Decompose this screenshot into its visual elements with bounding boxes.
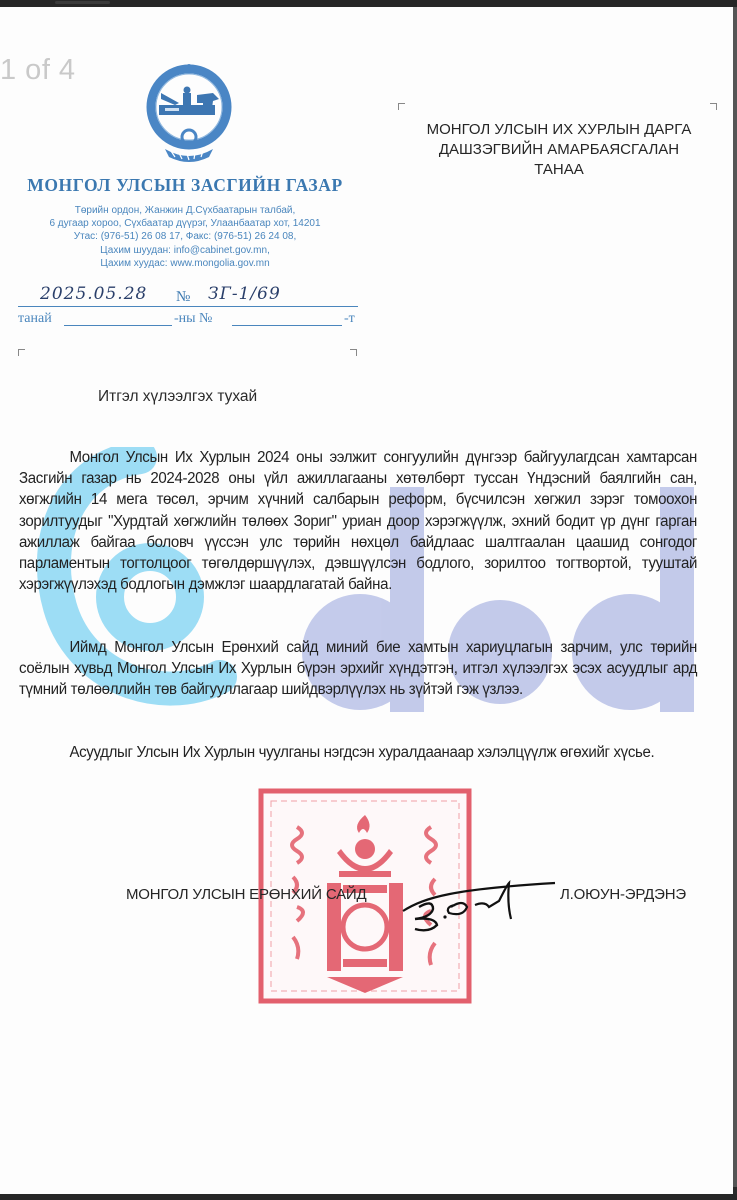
address-corner-mark	[350, 349, 357, 356]
letter-subject: Итгэл хүлээлгэх тухай	[98, 388, 257, 406]
document-page: 1 of 4 МОНГОЛ УЛСЫН ЗАСГИЙН ГАЗАР Төрийн…	[0, 7, 733, 1194]
ref-prefix: танай	[18, 311, 52, 327]
drag-handle[interactable]	[55, 1, 110, 4]
signatory-title: МОНГОЛ УЛСЫН ЕРӨНХИЙ САЙД	[126, 886, 366, 903]
paragraph-text: Иймд Монгол Улсын Ерөнхий сайд миний бие…	[19, 639, 697, 698]
viewer-bottom-bar	[0, 1194, 737, 1200]
organization-name: МОНГОЛ УЛСЫН ЗАСГИЙН ГАЗАР	[0, 175, 370, 196]
address-line: Утас: (976-51) 26 08 17, Факс: (976-51) …	[0, 230, 370, 243]
letter-number: ЗГ-1/69	[208, 284, 281, 304]
mongolia-state-emblem-icon	[139, 59, 239, 169]
address-line: Цахим шуудан: info@cabinet.gov.mn,	[0, 244, 370, 257]
signatory-name: Л.ОЮУН-ЭРДЭНЭ	[560, 886, 686, 903]
organization-address: Төрийн ордон, Жанжин Д.Сүхбаатарын талба…	[0, 204, 370, 270]
number-symbol: №	[176, 289, 190, 306]
page-indicator: 1 of 4	[0, 54, 76, 87]
ref-suffix: -т	[344, 311, 355, 327]
letter-date: 2025.05.28	[40, 284, 147, 304]
handwritten-signature-icon	[395, 867, 560, 937]
date-number-line: 2025.05.28 № ЗГ-1/69	[18, 290, 358, 307]
page-edge-scrollbar[interactable]	[733, 7, 737, 1187]
ref-blank-number	[232, 311, 342, 326]
recipient-line: МОНГОЛ УЛСЫН ИХ ХУРЛЫН ДАРГА	[404, 120, 714, 140]
ref-blank-date	[64, 311, 172, 326]
viewer-top-bar	[0, 0, 737, 7]
recipient-line: ТАНАА	[404, 160, 714, 180]
body-paragraph: Иймд Монгол Улсын Ерөнхий сайд миний бие…	[19, 637, 697, 701]
reference-line: танай -ны № -т	[18, 311, 358, 327]
recipient-corner-mark	[398, 103, 405, 110]
address-line: 6 дугаар хороо, Сүхбаатар дүүрэг, Улаанб…	[0, 217, 370, 230]
recipient-block: МОНГОЛ УЛСЫН ИХ ХУРЛЫН ДАРГА ДАШЗЭГВИЙН …	[404, 120, 714, 180]
recipient-corner-mark	[710, 103, 717, 110]
paragraph-text: Монгол Улсын Их Хурлын 2024 оны ээлжит с…	[19, 449, 697, 593]
address-line: Цахим хуудас: www.mongolia.gov.mn	[0, 257, 370, 270]
body-paragraph: Асуудлыг Улсын Их Хурлын чуулганы нэгдсэ…	[19, 742, 697, 763]
address-line: Төрийн ордон, Жанжин Д.Сүхбаатарын талба…	[0, 204, 370, 217]
ref-middle: -ны №	[174, 311, 212, 327]
paragraph-text: Асуудлыг Улсын Их Хурлын чуулганы нэгдсэ…	[69, 744, 654, 761]
recipient-line: ДАШЗЭГВИЙН АМАРБАЯСГАЛАН	[404, 140, 714, 160]
body-paragraph: Монгол Улсын Их Хурлын 2024 оны ээлжит с…	[19, 447, 697, 595]
address-corner-mark	[18, 349, 25, 356]
